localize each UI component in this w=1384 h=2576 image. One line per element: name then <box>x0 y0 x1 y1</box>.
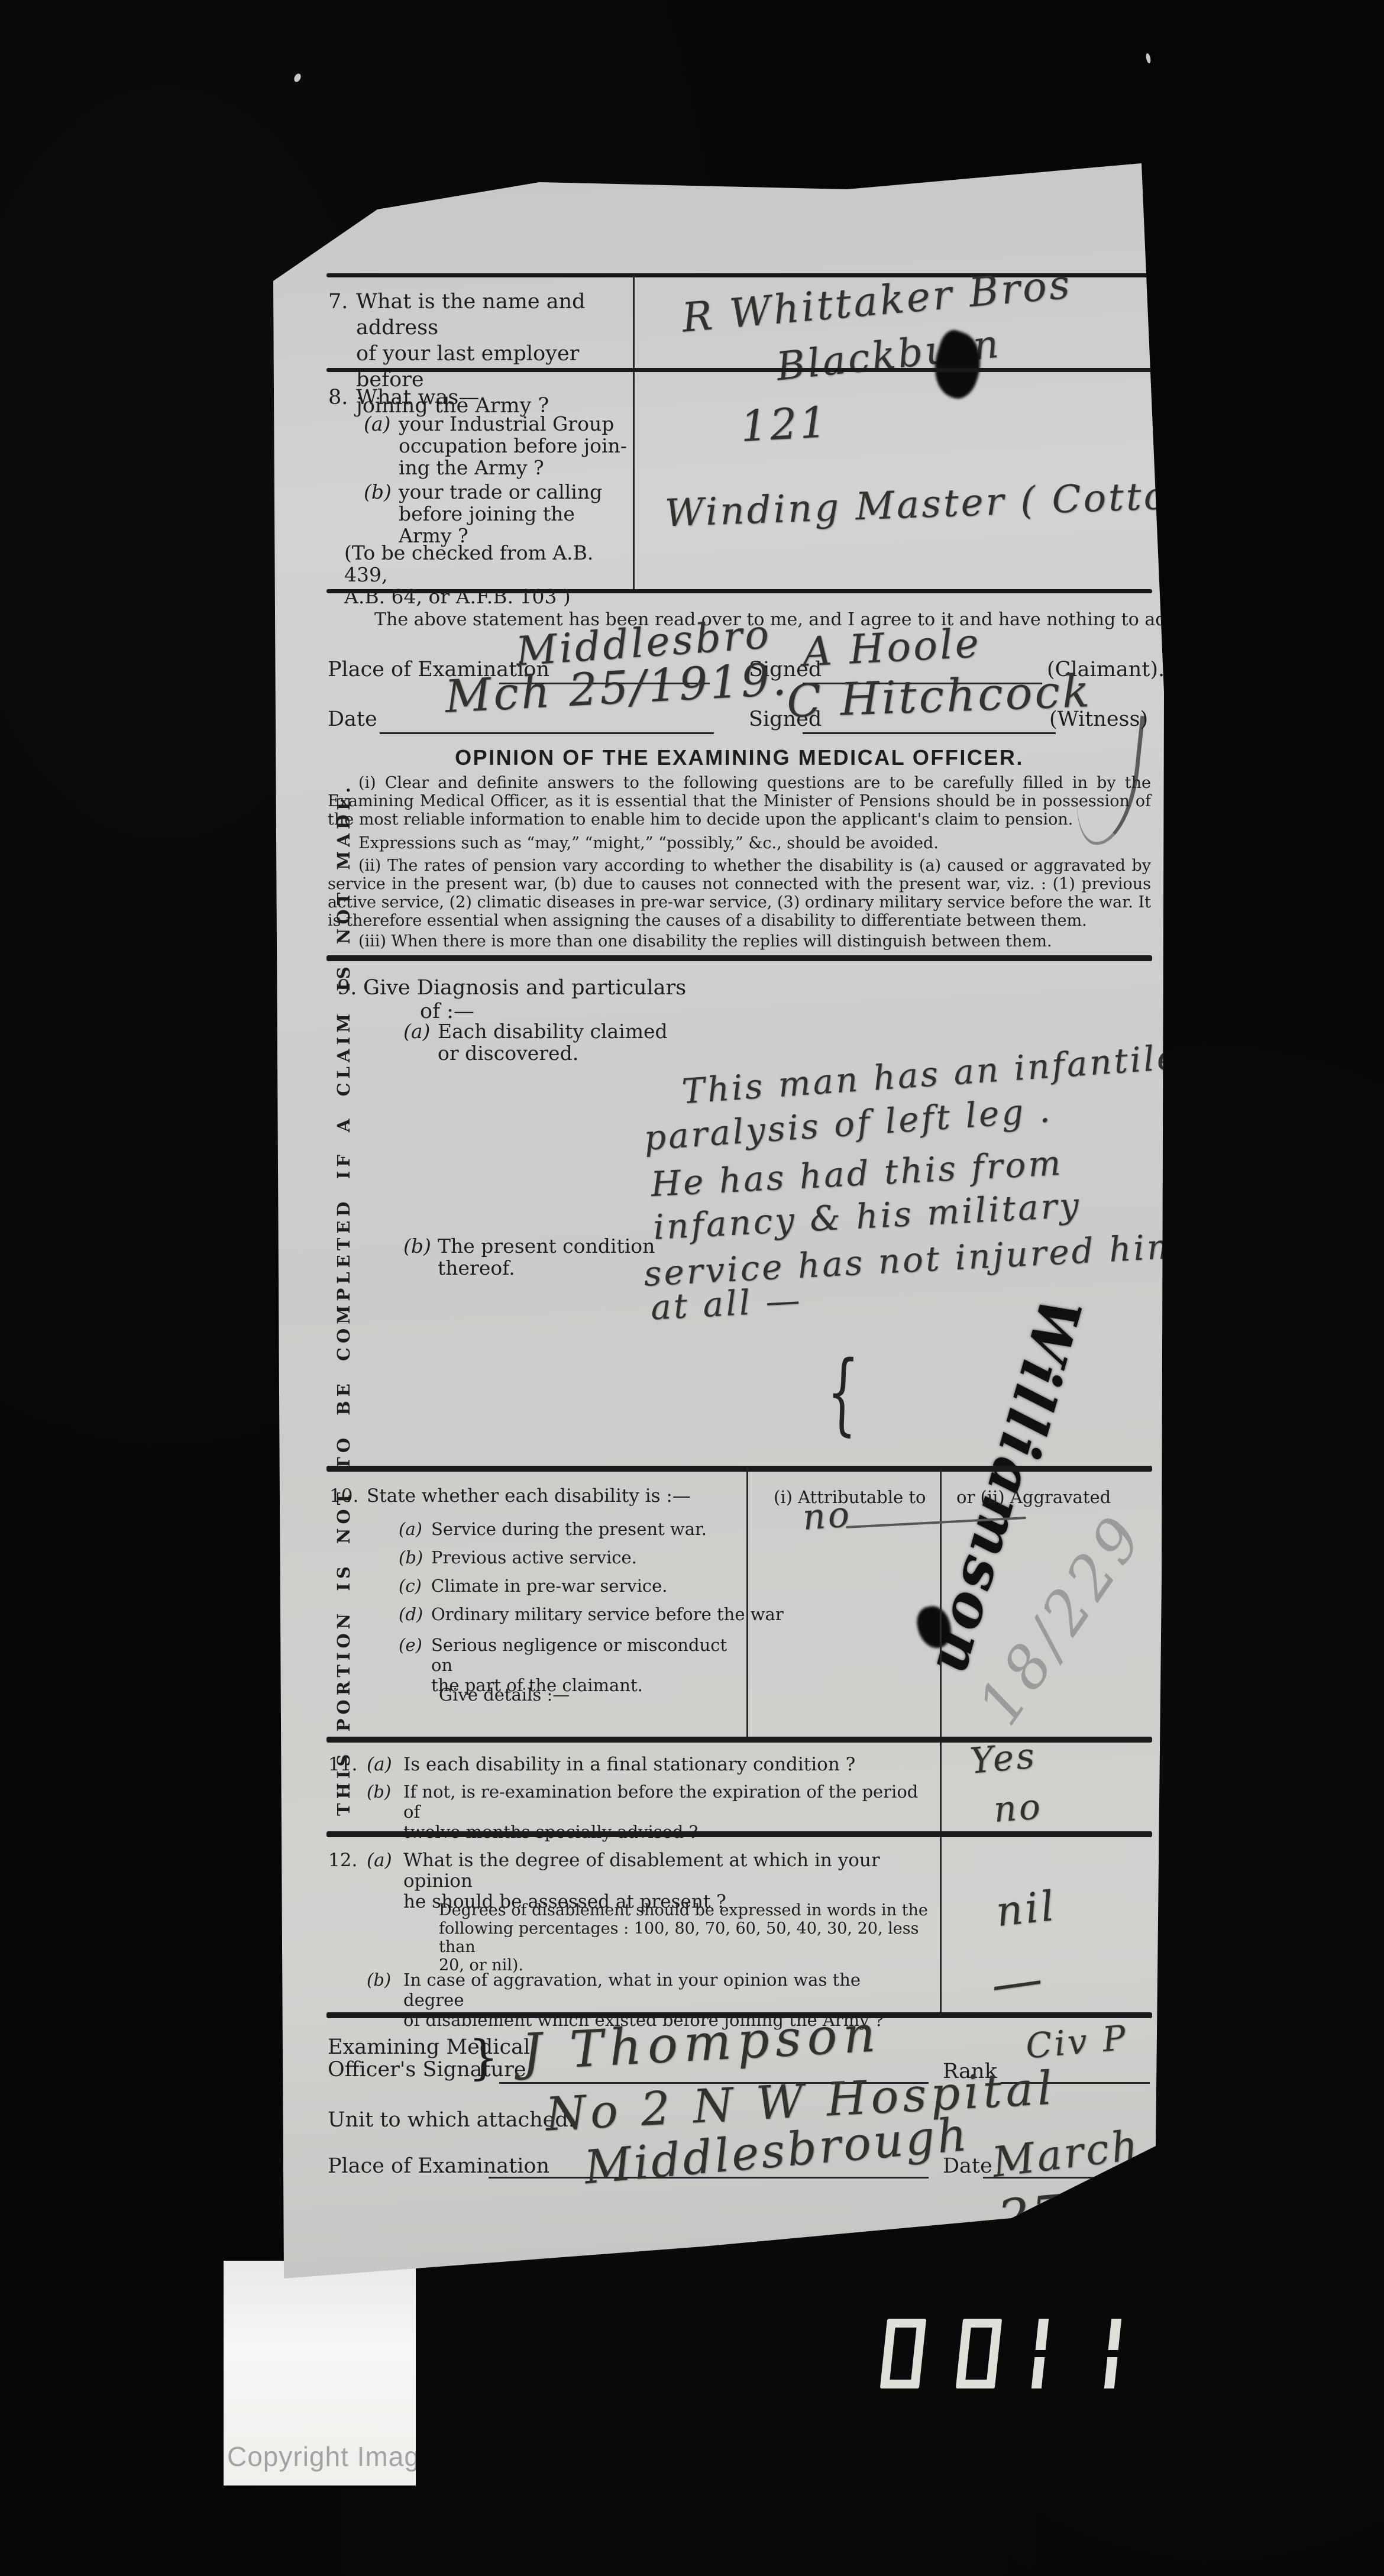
q10-item-d-tag: (d) <box>399 1604 423 1624</box>
agreement-statement: The above statement has been read over t… <box>347 609 1225 630</box>
q10-number: 10. <box>329 1486 358 1507</box>
emo-brace: } <box>468 2030 499 2085</box>
q10-answer: no <box>801 1494 853 1539</box>
q8b-label: your trade or calling before joining the… <box>399 481 647 547</box>
q10-item-b-tag: (b) <box>399 1547 423 1567</box>
q12b-answer: — <box>987 1948 1048 2015</box>
q8-check-note: (To be checked from A.B. 439, A.B. 64, o… <box>344 542 628 607</box>
q10-item-a: Service during the present war. <box>431 1519 707 1539</box>
q11a-label: Is each disability in a final stationary… <box>403 1754 855 1775</box>
q11-number: 11. <box>328 1754 357 1775</box>
counter-digit-0 <box>880 2319 926 2388</box>
q10-item-e-tag: (e) <box>399 1635 422 1655</box>
backing-strip: Copyright Imag <box>224 2261 416 2485</box>
rule-opinion-bottom <box>326 955 1152 961</box>
opinion-para-iii: (iii) When there is more than one disabi… <box>328 932 1151 951</box>
emo-signature-label: Examining Medical Officer's Signature <box>328 2036 530 2081</box>
q10-item-c: Climate in pre-war service. <box>431 1576 668 1596</box>
q10-label: State whether each disability is :— <box>367 1486 691 1507</box>
opinion-para-ii: (ii) The rates of pension vary according… <box>328 856 1151 930</box>
q8-label: What was— <box>356 384 479 411</box>
q10-item-b: Previous active service. <box>431 1547 637 1567</box>
claimant-signature: A Hoole <box>801 620 982 676</box>
rule-q8-bottom <box>326 589 1152 593</box>
q10-column-divider-1 <box>746 1468 748 1739</box>
q9-handwritten-brace: { <box>825 1340 860 1446</box>
q8a-label: your Industrial Group occupation before … <box>399 413 647 479</box>
counter-digit-1 <box>1104 2319 1121 2388</box>
opinion-para-expressions: Expressions such as “may,” “might,” “pos… <box>328 834 1151 852</box>
q10-give-details: Give details :— <box>439 1685 570 1705</box>
q12a-tag: (a) <box>367 1850 392 1871</box>
q9-number: 9. <box>337 975 357 1001</box>
rule-q11-bottom <box>326 1831 1152 1837</box>
place-of-exam-2-label: Place of Examination <box>328 2153 549 2179</box>
q12-degrees-note: Degrees of disablement should be express… <box>439 1901 936 1974</box>
date-2-value-line1: March <box>990 2121 1143 2187</box>
copyright-watermark: Copyright Imag <box>227 2441 416 2472</box>
q11a-answer: Yes <box>968 1735 1038 1782</box>
q8a-answer: 121 <box>739 397 830 451</box>
rule-q10-top <box>326 1466 1152 1472</box>
q10-item-a-tag: (a) <box>399 1519 422 1539</box>
dust-speck-2 <box>1145 53 1151 63</box>
opinion-title: OPINION OF THE EXAMINING MEDICAL OFFICER… <box>326 745 1152 770</box>
q8a-tag: (a) <box>364 413 390 435</box>
date-label: Date <box>328 706 377 732</box>
q12-number: 12. <box>328 1850 357 1871</box>
q9b-tag: (b) <box>403 1235 431 1257</box>
dust-speck-1 <box>293 73 302 83</box>
q9a-tag: (a) <box>403 1020 430 1042</box>
q9a-label: Each disability claimed or discovered. <box>438 1020 692 1064</box>
rank-value: Civ P <box>1024 2018 1129 2067</box>
q12a-answer: nil <box>994 1882 1059 1936</box>
rule-q7-q8 <box>326 368 1152 372</box>
q10-item-d: Ordinary military service before the war <box>431 1604 784 1624</box>
q10-col-ii-header: or (ii) Aggravated <box>956 1487 1111 1507</box>
q10-item-c-tag: (c) <box>399 1576 422 1596</box>
counter-digit-1 <box>1031 2319 1049 2388</box>
date-2-label: Date <box>943 2153 992 2179</box>
q8-number: 8. <box>328 384 348 411</box>
q11b-answer: no <box>992 1786 1044 1831</box>
q11a-tag: (a) <box>367 1754 392 1775</box>
diagnosis-line-6: at all — <box>649 1279 803 1327</box>
q12b-tag: (b) <box>367 1970 391 1990</box>
counter-digit-0 <box>956 2319 1002 2388</box>
frame-counter <box>884 2319 1118 2388</box>
q11b-tag: (b) <box>367 1782 391 1802</box>
opinion-para-i: (i) Clear and definite answers to the fo… <box>328 774 1151 829</box>
witness-signature: C Hitchcock <box>786 664 1093 728</box>
q8b-tag: (b) <box>364 481 392 503</box>
witness-sig-underline <box>803 732 1056 734</box>
margin-note-vertical: THIS PORTION IS NOT TO BE COMPLETED IF A… <box>334 982 354 1816</box>
date-underline <box>380 732 714 734</box>
form-paper: 7. What is the name and address of your … <box>267 160 1166 2284</box>
q9-label-line1: Give Diagnosis and particulars <box>363 975 686 1001</box>
unit-label: Unit to which attached. <box>328 2107 575 2133</box>
q7-number: 7. <box>328 289 348 315</box>
q8b-answer: Winding Master ( Cotton ) <box>664 472 1228 535</box>
